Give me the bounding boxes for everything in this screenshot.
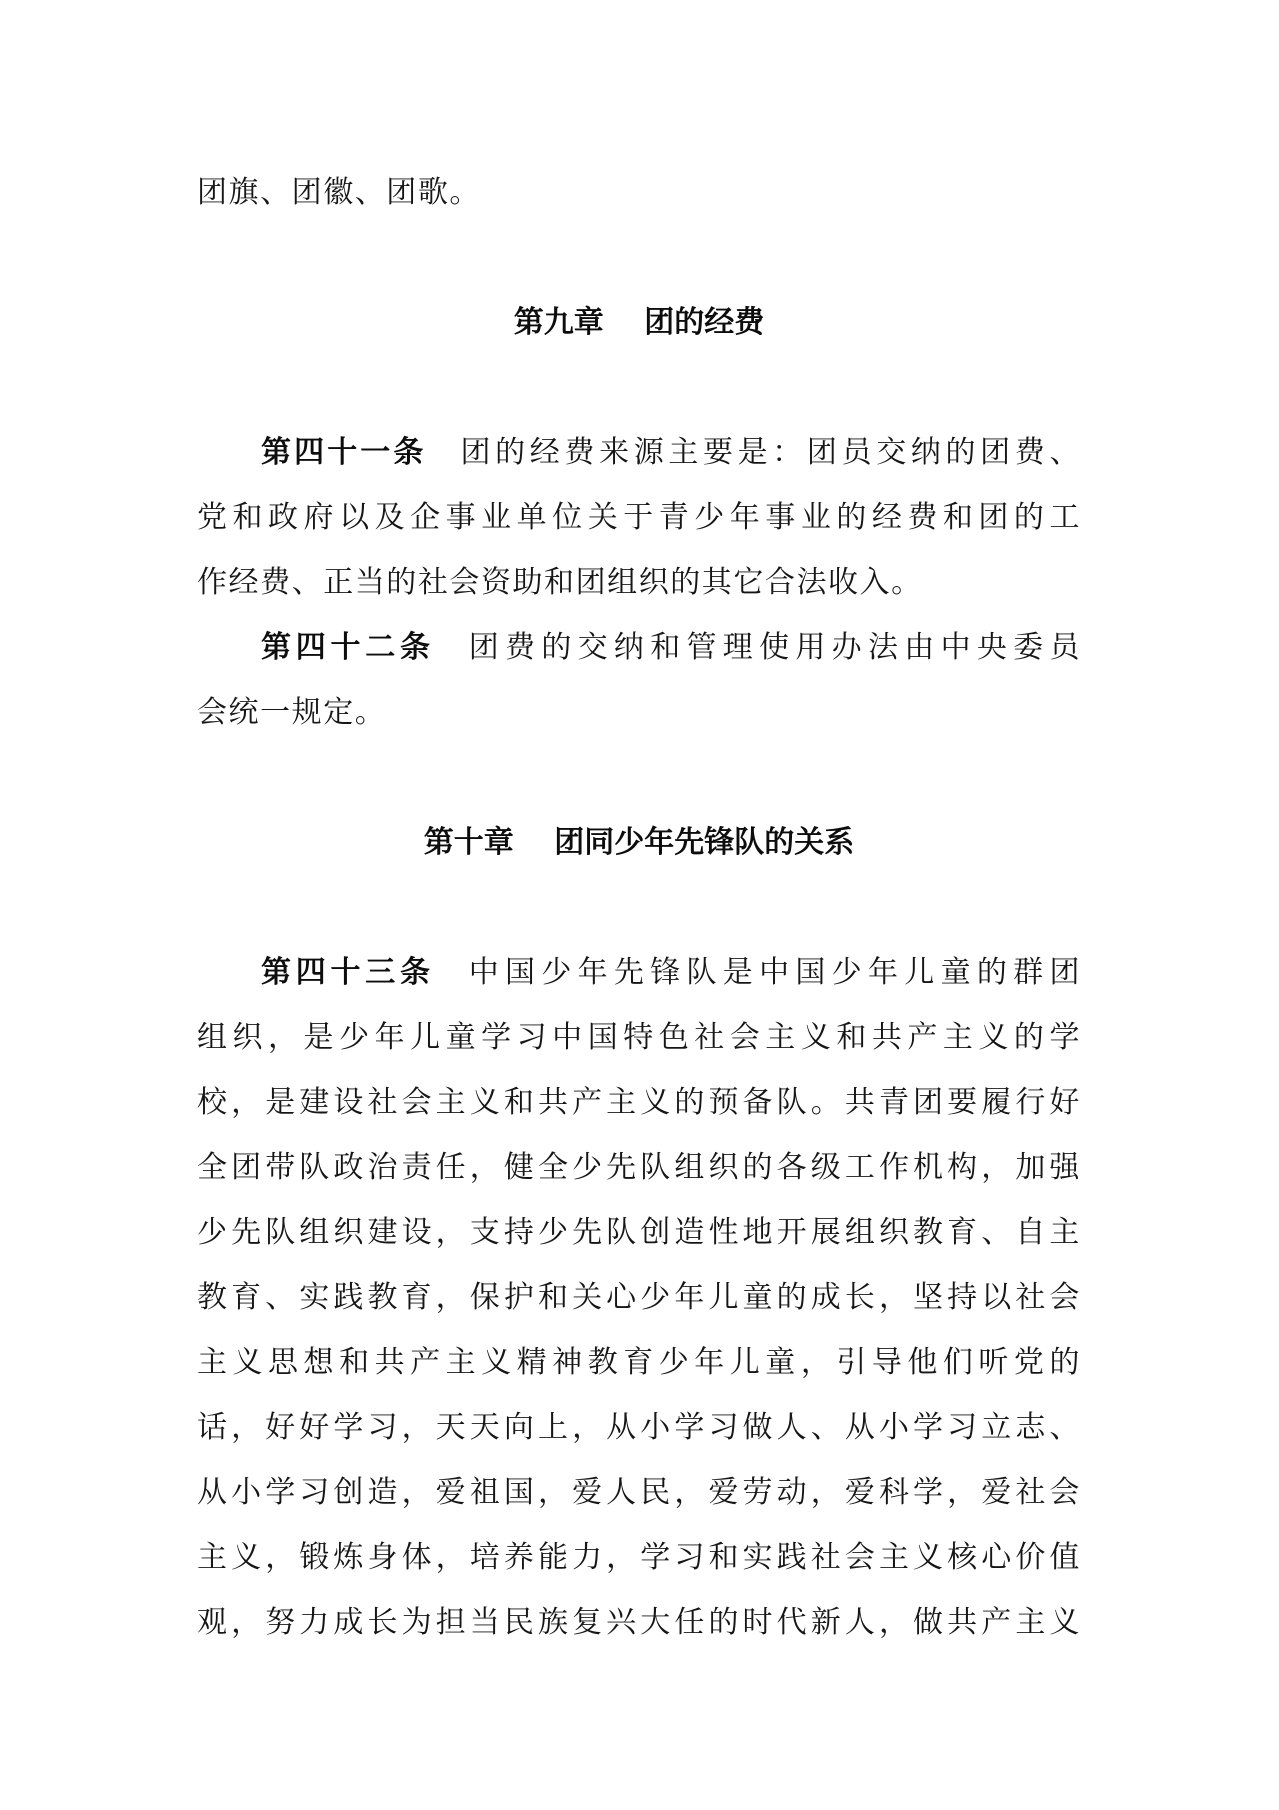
article-text: 中国少年先锋队是中国少年儿童的群团: [469, 955, 1081, 990]
article-label: 第四十三条: [261, 955, 435, 990]
document-page: 团旗、团徽、团歌。 第九章 团的经费 第四十一条团的经费来源主要是：团员交纳的团…: [197, 160, 1081, 1655]
article-first-line: 第四十一条团的经费来源主要是：团员交纳的团费、: [197, 420, 1081, 485]
article-label: 第四十二条: [261, 630, 435, 665]
article-line: 党和政府以及企事业单位关于青少年事业的经费和团的工: [197, 485, 1081, 550]
article-line: 校，是建设社会主义和共产主义的预备队。共青团要履行好: [197, 1070, 1081, 1135]
spacer: [197, 225, 1081, 290]
article-42: 第四十二条团费的交纳和管理使用办法由中央委员 会统一规定。: [197, 615, 1081, 745]
chapter-9: 第九章 团的经费 第四十一条团的经费来源主要是：团员交纳的团费、 党和政府以及企…: [197, 290, 1081, 745]
spacer: [197, 875, 1081, 940]
article-line: 少先队组织建设，支持少先队创造性地开展组织教育、自主: [197, 1200, 1081, 1265]
article-first-line: 第四十二条团费的交纳和管理使用办法由中央委员: [197, 615, 1081, 680]
continuation-line: 团旗、团徽、团歌。: [197, 160, 1081, 225]
article-text: 团的经费来源主要是：团员交纳的团费、: [460, 435, 1081, 470]
chapter-title: 第十章 团同少年先锋队的关系: [197, 810, 1081, 875]
article-label: 第四十一条: [261, 435, 426, 470]
article-line: 会统一规定。: [197, 680, 1081, 745]
article-first-line: 第四十三条中国少年先锋队是中国少年儿童的群团: [197, 940, 1081, 1005]
article-line: 主义思想和共产主义精神教育少年儿童，引导他们听党的: [197, 1330, 1081, 1395]
article-line: 观，努力成长为担当民族复兴大任的时代新人，做共产主义: [197, 1590, 1081, 1655]
article-text: 团费的交纳和管理使用办法由中央委员: [469, 630, 1081, 665]
article-line: 教育、实践教育，保护和关心少年儿童的成长，坚持以社会: [197, 1265, 1081, 1330]
article-line: 从小学习创造，爱祖国，爱人民，爱劳动，爱科学，爱社会: [197, 1460, 1081, 1525]
chapter-10: 第十章 团同少年先锋队的关系 第四十三条中国少年先锋队是中国少年儿童的群团 组织…: [197, 810, 1081, 1655]
article-line: 话，好好学习，天天向上，从小学习做人、从小学习立志、: [197, 1395, 1081, 1460]
chapter-title: 第九章 团的经费: [197, 290, 1081, 355]
article-line: 组织，是少年儿童学习中国特色社会主义和共产主义的学: [197, 1005, 1081, 1070]
article-line: 作经费、正当的社会资助和团组织的其它合法收入。: [197, 550, 1081, 615]
spacer: [197, 745, 1081, 810]
article-41: 第四十一条团的经费来源主要是：团员交纳的团费、 党和政府以及企事业单位关于青少年…: [197, 420, 1081, 615]
spacer: [197, 355, 1081, 420]
article-43: 第四十三条中国少年先锋队是中国少年儿童的群团 组织，是少年儿童学习中国特色社会主…: [197, 940, 1081, 1655]
article-line: 全团带队政治责任，健全少先队组织的各级工作机构，加强: [197, 1135, 1081, 1200]
article-line: 主义，锻炼身体，培养能力，学习和实践社会主义核心价值: [197, 1525, 1081, 1590]
